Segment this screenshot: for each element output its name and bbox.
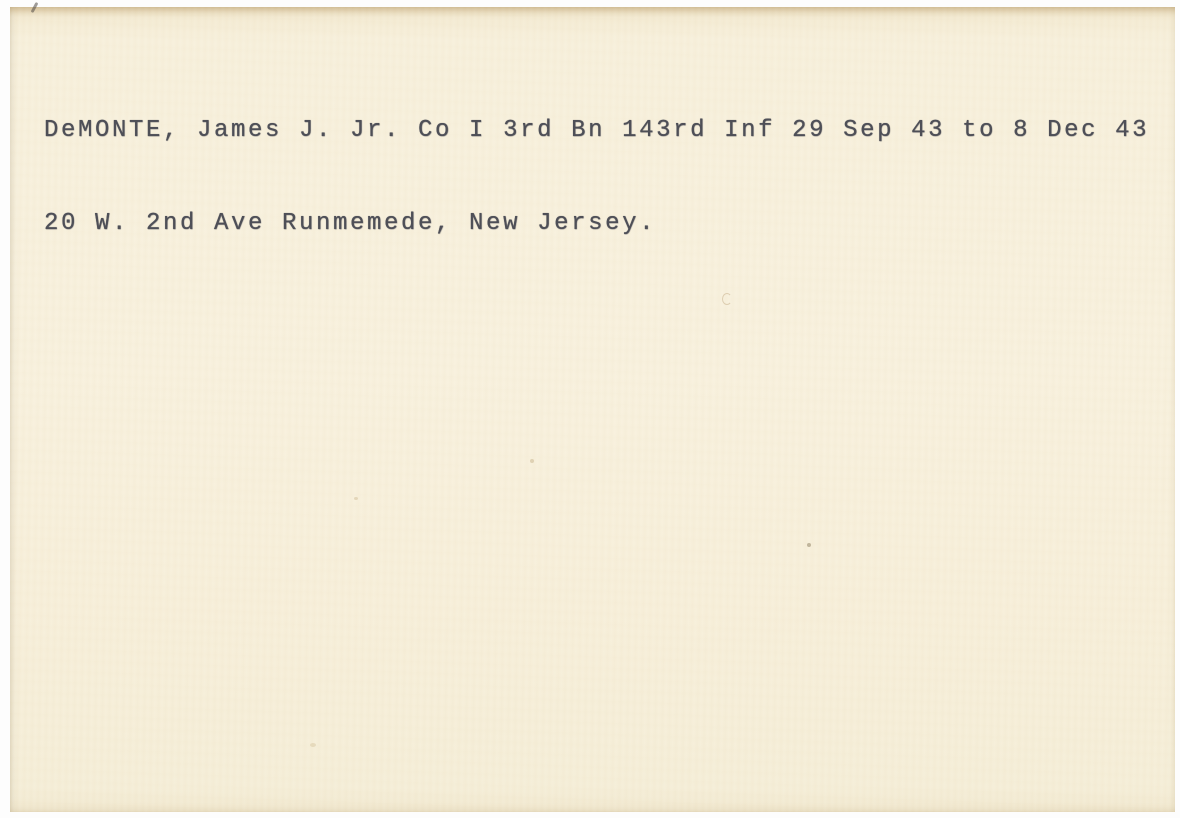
paper-speck [310, 743, 316, 747]
paper-speck [354, 497, 358, 500]
paper-speck [530, 459, 534, 463]
index-card: DeMONTE, James J. Jr. Co I 3rd Bn 143rd … [10, 7, 1175, 812]
paper-speck [807, 543, 811, 547]
typed-line-1: DeMONTE, James J. Jr. Co I 3rd Bn 143rd … [44, 115, 1149, 146]
scan-background: DeMONTE, James J. Jr. Co I 3rd Bn 143rd … [0, 0, 1180, 818]
typed-line-2: 20 W. 2nd Ave Runmemede, New Jersey. [44, 208, 1149, 239]
typed-text-block: DeMONTE, James J. Jr. Co I 3rd Bn 143rd … [44, 53, 1149, 301]
